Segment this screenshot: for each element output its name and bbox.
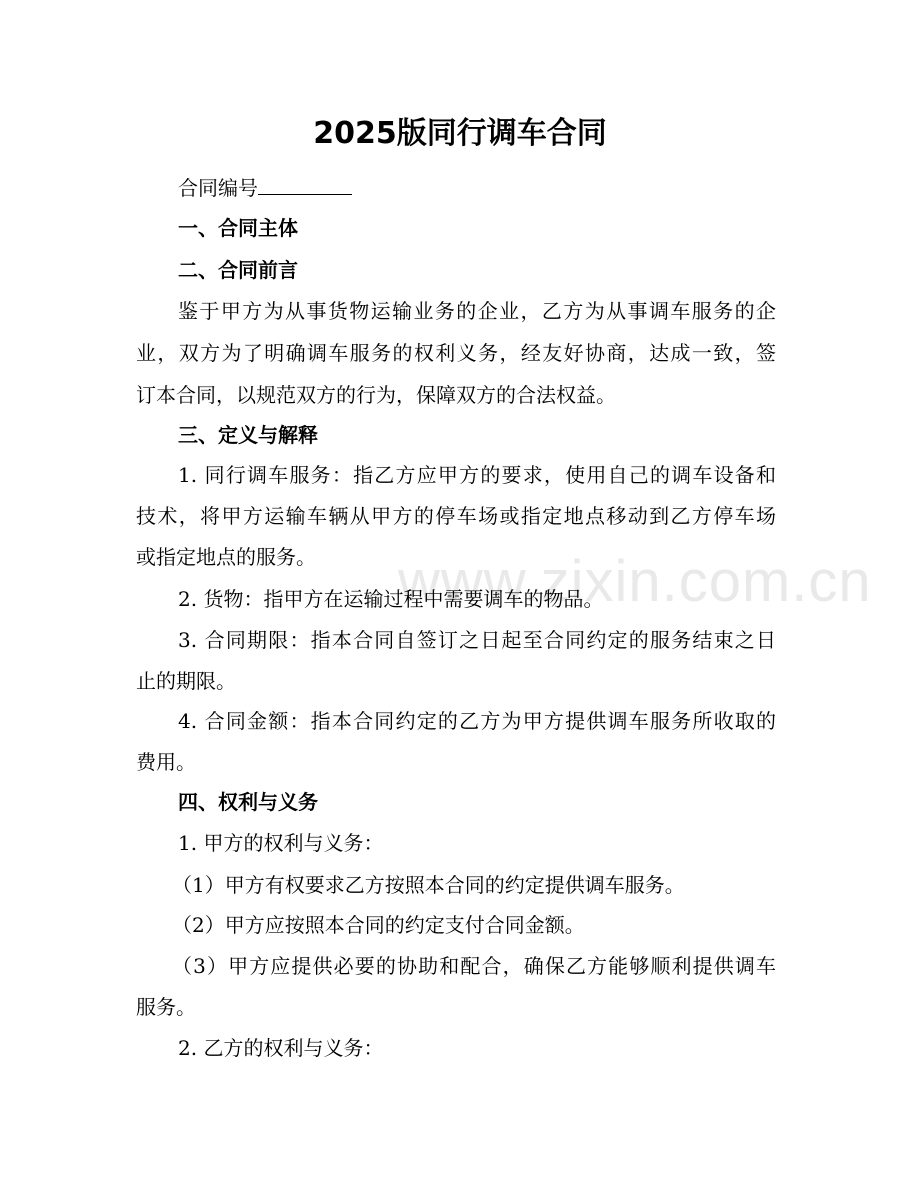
section-heading: 三、定义与解释 bbox=[178, 423, 318, 447]
paragraph-line: 订本合同，以规范双方的行为，保障双方的合法权益。 bbox=[136, 383, 616, 407]
definition-item: 1. 同行调车服务：指乙方应甲方的要求，使用自己的调车设备和 bbox=[178, 463, 776, 487]
paragraph-line: 鉴于甲方为从事货物运输业务的企业，乙方为从事调车服务的企 bbox=[178, 299, 776, 323]
definition-item: 技术，将甲方运输车辆从甲方的停车场或指定地点移动到乙方停车场 bbox=[136, 504, 776, 528]
definition-item: 3. 合同期限：指本合同自签订之日起至合同约定的服务结束之日 bbox=[178, 628, 776, 652]
document-title: 2025版同行调车合同 bbox=[0, 108, 920, 152]
definition-item: 或指定地点的服务。 bbox=[136, 545, 316, 569]
subsection-heading: 2. 乙方的权利与义务： bbox=[178, 1036, 383, 1060]
subsection-heading: 1. 甲方的权利与义务： bbox=[178, 831, 383, 855]
definition-item: 止的期限。 bbox=[136, 669, 236, 693]
section-heading: 一、合同主体 bbox=[178, 216, 298, 240]
document-page: www.zixin.com.cn 2025版同行调车合同 合同编号 一、合同主体… bbox=[0, 0, 920, 1191]
obligation-item: （1）甲方有权要求乙方按照本合同的约定提供调车服务。 bbox=[172, 873, 685, 897]
obligation-item: 服务。 bbox=[136, 995, 196, 1019]
obligation-item: （2）甲方应按照本合同的约定支付合同金额。 bbox=[172, 913, 585, 937]
definition-item: 费用。 bbox=[136, 750, 196, 774]
contract-number-field: 合同编号 bbox=[178, 176, 352, 200]
contract-number-label: 合同编号 bbox=[178, 176, 258, 200]
definition-item: 4. 合同金额：指本合同约定的乙方为甲方提供调车服务所收取的 bbox=[178, 709, 776, 733]
section-heading: 四、权利与义务 bbox=[178, 790, 318, 814]
obligation-item: （3）甲方应提供必要的协助和配合，确保乙方能够顺利提供调车 bbox=[172, 954, 776, 978]
contract-number-blank[interactable] bbox=[258, 176, 352, 195]
paragraph-line: 业，双方为了明确调车服务的权利义务，经友好协商，达成一致，签 bbox=[136, 341, 776, 365]
definition-item: 2. 货物：指甲方在运输过程中需要调车的物品。 bbox=[178, 587, 603, 611]
section-heading: 二、合同前言 bbox=[178, 258, 298, 282]
